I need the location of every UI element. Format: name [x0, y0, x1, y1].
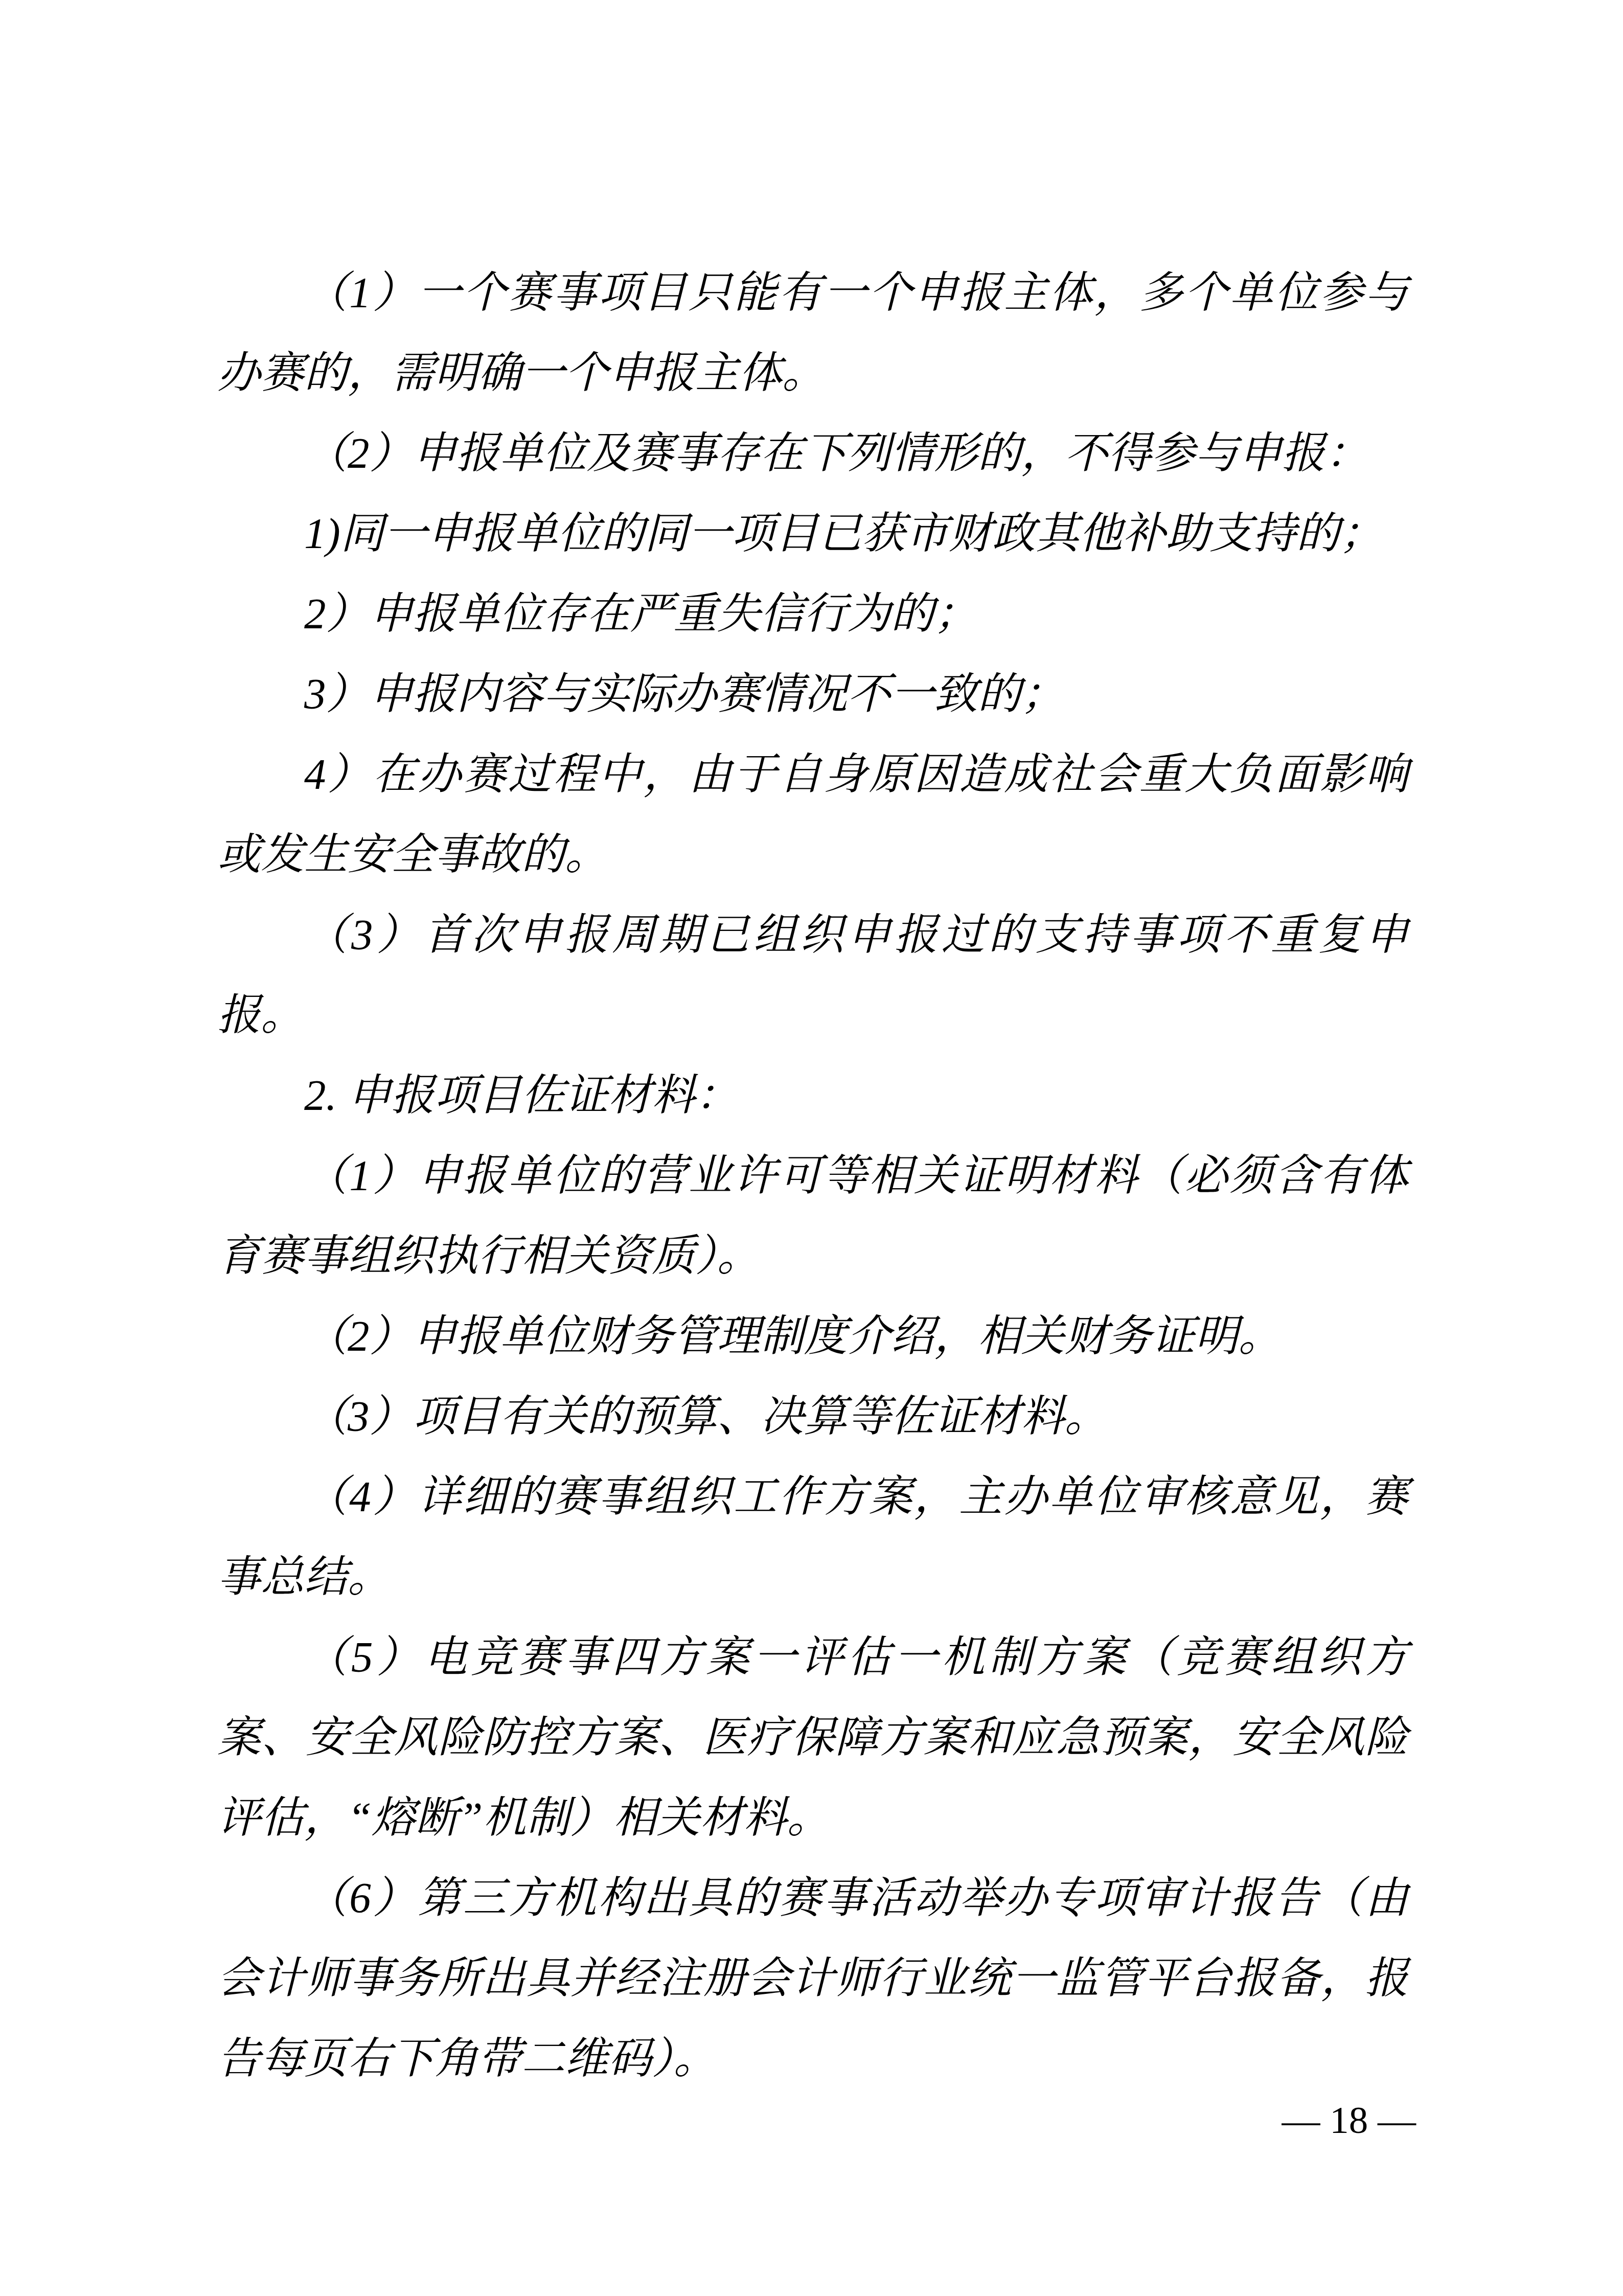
paragraph: 1)同一申报单位的同一项目已获市财政其他补助支持的； [217, 494, 1408, 574]
document-page: （1）一个赛事项目只能有一个申报主体，多个单位参与办赛的，需明确一个申报主体。 … [0, 0, 1623, 2296]
paragraph: （1）一个赛事项目只能有一个申报主体，多个单位参与办赛的，需明确一个申报主体。 [217, 253, 1408, 414]
paragraph: 2）申报单位存在严重失信行为的； [217, 574, 1408, 654]
paragraph: （5）电竞赛事四方案一评估一机制方案（竞赛组织方案、安全风险防控方案、医疗保障方… [217, 1618, 1408, 1858]
paragraph: （1）申报单位的营业许可等相关证明材料（必须含有体育赛事组织执行相关资质）。 [217, 1136, 1408, 1297]
paragraph: （6）第三方机构出具的赛事活动举办专项审计报告（由会计师事务所出具并经注册会计师… [217, 1858, 1408, 2099]
document-body: （1）一个赛事项目只能有一个申报主体，多个单位参与办赛的，需明确一个申报主体。 … [217, 253, 1408, 2099]
paragraph: （3）首次申报周期已组织申报过的支持事项不重复申报。 [217, 895, 1408, 1056]
paragraph: （3）项目有关的预算、决算等佐证材料。 [217, 1377, 1408, 1457]
paragraph: （2）申报单位及赛事存在下列情形的，不得参与申报： [217, 414, 1408, 494]
page-number: — 18 — [1282, 2095, 1416, 2146]
paragraph: 2. 申报项目佐证材料： [217, 1056, 1408, 1136]
paragraph: 3）申报内容与实际办赛情况不一致的； [217, 654, 1408, 735]
paragraph: 4）在办赛过程中，由于自身原因造成社会重大负面影响或发生安全事故的。 [217, 735, 1408, 895]
paragraph: （2）申报单位财务管理制度介绍，相关财务证明。 [217, 1297, 1408, 1377]
paragraph: （4）详细的赛事组织工作方案，主办单位审核意见，赛事总结。 [217, 1457, 1408, 1618]
